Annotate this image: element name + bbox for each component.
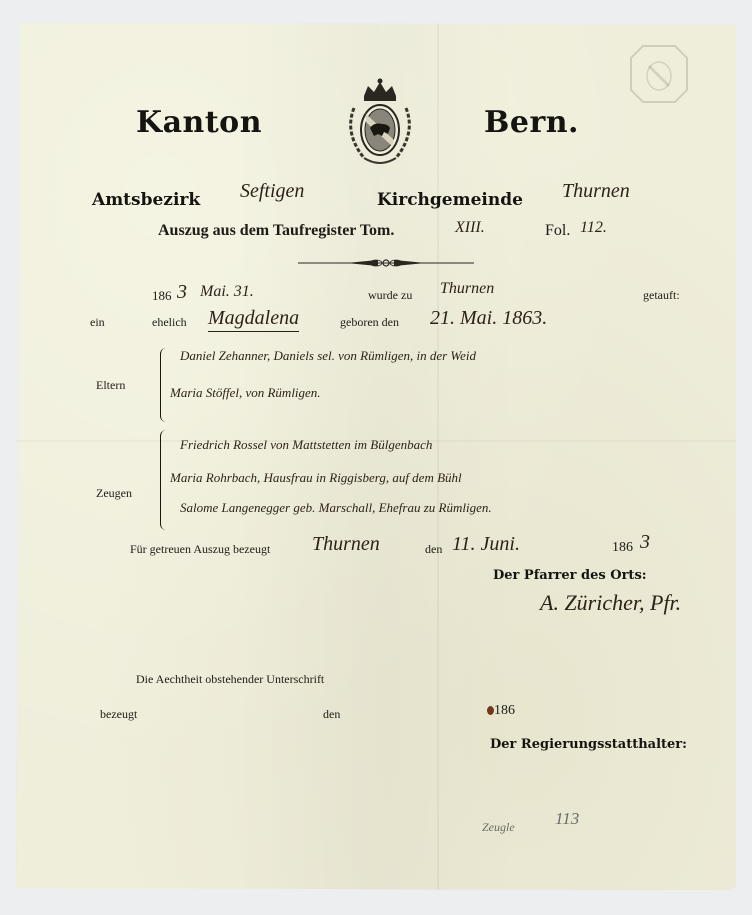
attestation-year-prefix: 186 <box>612 540 633 556</box>
baptism-date: Mai. 31. <box>200 283 254 301</box>
fold-crease-vertical <box>437 23 439 890</box>
eltern-label: Eltern <box>96 378 125 393</box>
bern-coat-of-arms-icon <box>340 78 420 170</box>
ink-stain <box>487 706 494 715</box>
authentication-year-prefix: 186 <box>494 703 515 719</box>
register-label: Auszug aus dem Taufregister Tom. <box>158 222 394 240</box>
attestation-label: Für getreuen Auszug bezeugt <box>130 542 270 557</box>
authentication-bezeugt-label: bezeugt <box>100 707 137 722</box>
child-name: Magdalena <box>208 307 299 332</box>
baptism-year-prefix: 186 <box>152 288 172 304</box>
wurde-zu-label: wurde zu <box>368 288 412 303</box>
kirchgemeinde-label: Kirchgemeinde <box>377 190 523 210</box>
register-fol-value: 112. <box>580 219 607 237</box>
pencil-annotation-name: Zeugle <box>482 820 515 835</box>
parents-line-2: Maria Stöffel, von Rümligen. <box>170 385 321 401</box>
attestation-den-label: den <box>425 542 442 557</box>
witness-line-2: Maria Rohrbach, Hausfrau in Riggisberg, … <box>170 470 462 486</box>
regierungsstatthalter-label: Der Regierungsstatthalter: <box>490 737 687 752</box>
parents-brace <box>160 348 167 422</box>
kirchgemeinde-value: Thurnen <box>562 180 630 203</box>
pastor-label: Der Pfarrer des Orts: <box>493 568 647 583</box>
attestation-year-digit: 3 <box>640 531 650 554</box>
title-bern: Bern. <box>484 105 579 140</box>
baptism-year-digit: 3 <box>177 281 187 304</box>
birth-date: 21. Mai. 1863. <box>430 307 547 330</box>
attestation-place: Thurnen <box>312 533 380 556</box>
embossed-seal-icon <box>629 44 689 104</box>
ehelich-label: ehelich <box>152 315 187 330</box>
title-kanton: Kanton <box>136 105 262 140</box>
parents-line-1: Daniel Zehanner, Daniels sel. von Rümlig… <box>180 348 476 364</box>
amtsbezirk-value: Seftigen <box>240 180 304 203</box>
ornamental-divider <box>298 254 474 266</box>
geboren-label: geboren den <box>340 315 399 330</box>
witnesses-brace <box>160 430 167 530</box>
authentication-den-label: den <box>323 707 340 722</box>
witness-line-3: Salome Langenegger geb. Marschall, Ehefr… <box>180 500 492 516</box>
attestation-date: 11. Juni. <box>452 533 520 556</box>
register-fol-label: Fol. <box>545 222 570 240</box>
register-tom-value: XIII. <box>455 219 485 237</box>
pencil-annotation-number: 113 <box>555 809 579 829</box>
zeugen-label: Zeugen <box>96 486 132 501</box>
ein-label: ein <box>90 315 105 330</box>
baptism-place: Thurnen <box>440 280 494 298</box>
amtsbezirk-label: Amtsbezirk <box>92 190 200 210</box>
getauft-label: getauft: <box>643 288 680 303</box>
witness-line-1: Friedrich Rossel von Mattstetten im Bülg… <box>180 437 432 453</box>
pastor-signature: A. Züricher, Pfr. <box>540 590 681 616</box>
authentication-label: Die Aechtheit obstehender Unterschrift <box>136 672 324 687</box>
